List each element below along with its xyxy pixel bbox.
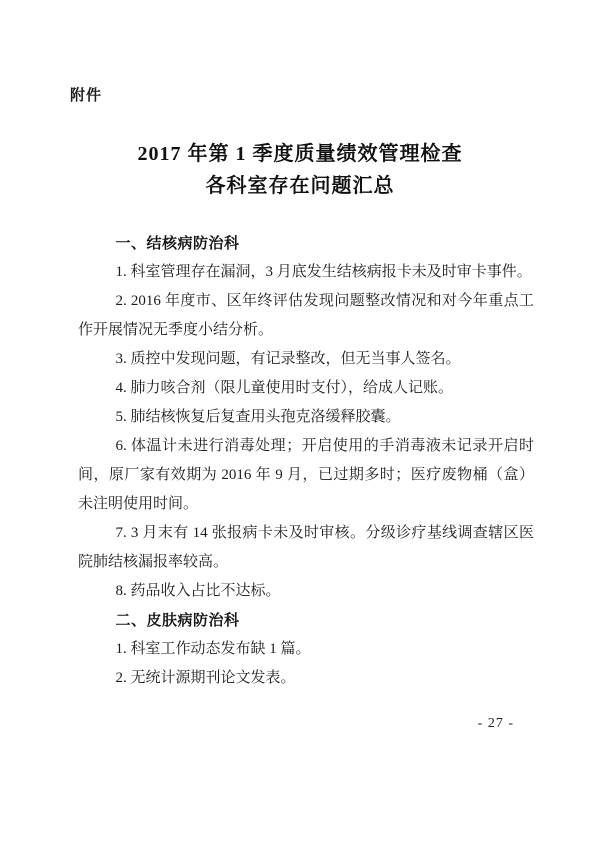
- list-item: 1. 科室工作动态发布缺 1 篇。: [78, 635, 534, 664]
- document-title-line-2: 各科室存在问题汇总: [206, 175, 395, 197]
- document-title-line-1: 2017 年第 1 季度质量绩效管理检查: [138, 143, 463, 165]
- list-item: 2. 2016 年度市、区年终评估发现问题整改情况和对今年重点工作开展情况无季度…: [78, 287, 534, 345]
- list-item: 5. 肺结核恢复后复查用头孢克洛缓释胶囊。: [78, 403, 534, 432]
- section-heading-dermatology-dept: 二、皮肤病防治科: [78, 606, 534, 635]
- list-item: 8. 药品收入占比不达标。: [78, 577, 534, 606]
- document-body: 一、结核病防治科 1. 科室管理存在漏洞，3 月底发生结核病报卡未及时审卡事件。…: [78, 229, 534, 693]
- list-item: 4. 肺力咳合剂（限儿童使用时支付），给成人记账。: [78, 374, 534, 403]
- list-item: 7. 3 月末有 14 张报病卡未及时审核。分级诊疗基线调查辖区医院肺结核漏报率…: [78, 519, 534, 577]
- list-item: 6. 体温计未进行消毒处理；开启使用的手消毒液未记录开启时间，原厂家有效期为 2…: [78, 432, 534, 519]
- attachment-label: 附件: [70, 84, 102, 105]
- page-number: - 27 -: [478, 716, 514, 732]
- section-heading-tuberculosis-dept: 一、结核病防治科: [78, 229, 534, 258]
- list-item: 1. 科室管理存在漏洞，3 月底发生结核病报卡未及时审卡事件。: [78, 258, 534, 287]
- list-item: 2. 无统计源期刊论文发表。: [78, 664, 534, 693]
- document-page: 附件 2017 年第 1 季度质量绩效管理检查 各科室存在问题汇总 一、结核病防…: [0, 0, 600, 850]
- document-title: 2017 年第 1 季度质量绩效管理检查 各科室存在问题汇总: [0, 138, 600, 202]
- list-item: 3. 质控中发现问题，有记录整改，但无当事人签名。: [78, 345, 534, 374]
